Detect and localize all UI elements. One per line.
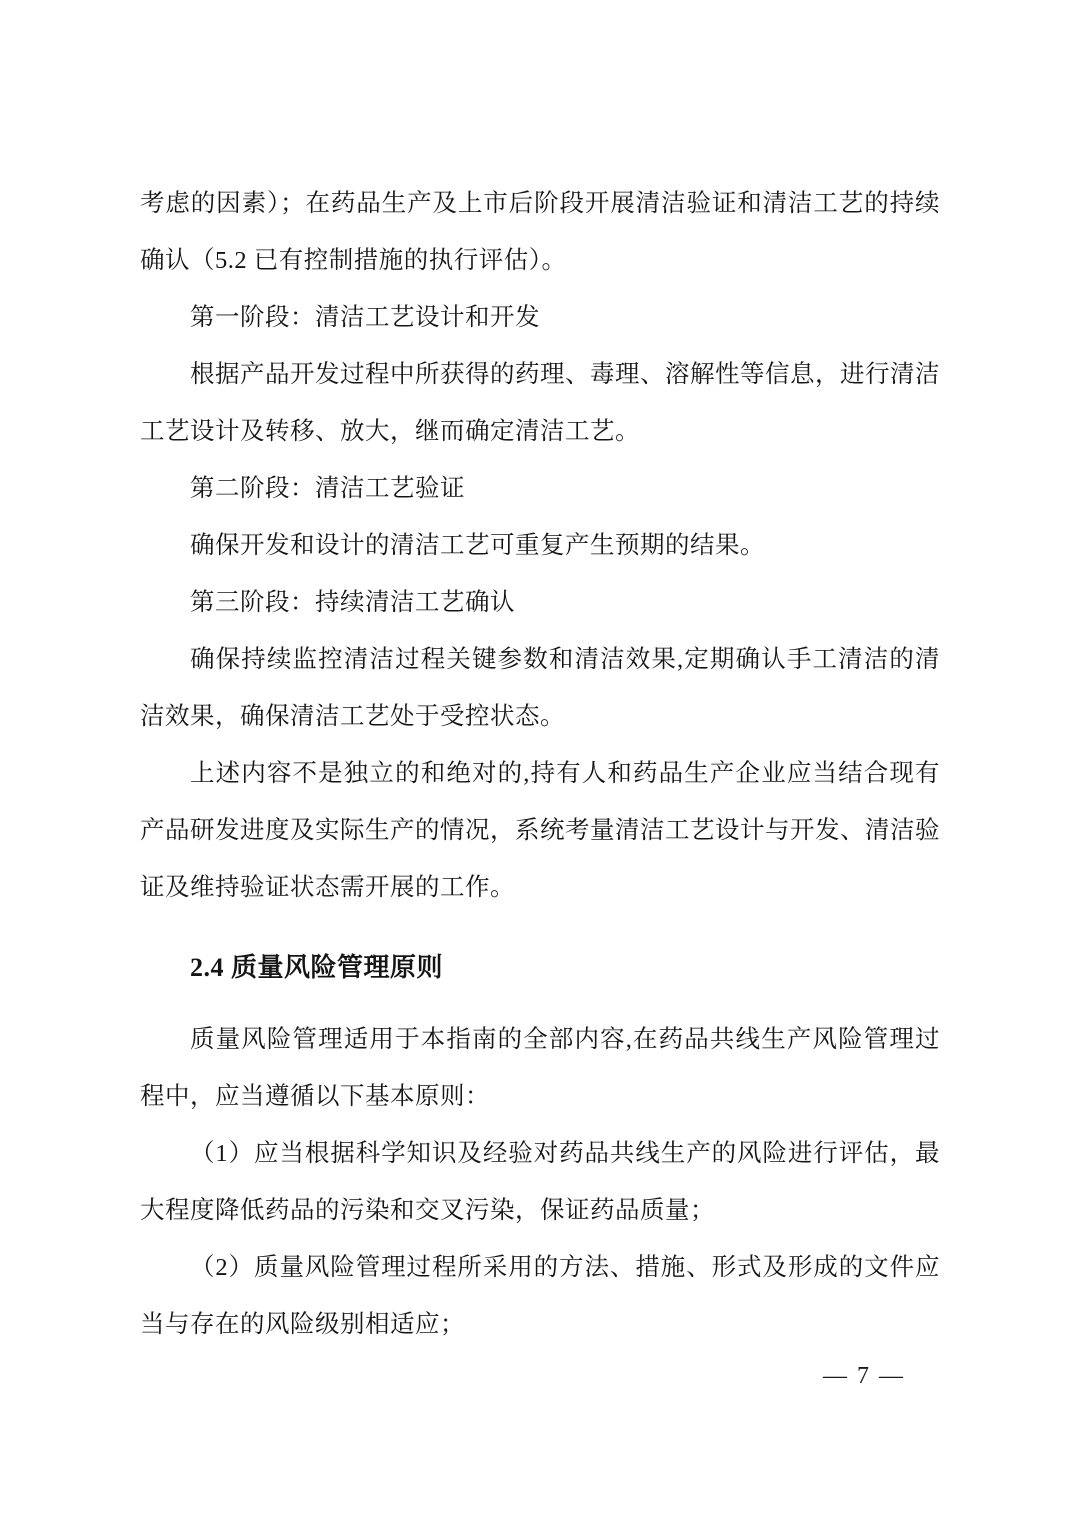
text-line: （2）质量风险管理过程所采用的方法、措施、形式及形成的文件应 (140, 1239, 940, 1296)
section-heading: 2.4 质量风险管理原则 (140, 939, 940, 996)
text-line: 第一阶段：清洁工艺设计和开发 (140, 289, 940, 346)
document-page: 考虑的因素）；在药品生产及上市后阶段开展清洁验证和清洁工艺的持续确认（5.2 已… (0, 0, 1080, 1526)
text-line: 质量风险管理适用于本指南的全部内容,在药品共线生产风险管理过 (140, 1011, 940, 1068)
text-line: 根据产品开发过程中所获得的药理、毒理、溶解性等信息，进行清洁 (140, 346, 940, 403)
text-line: 第三阶段：持续清洁工艺确认 (140, 574, 940, 631)
text-line: 当与存在的风险级别相适应； (140, 1296, 940, 1353)
text-line: 确保开发和设计的清洁工艺可重复产生预期的结果。 (140, 517, 940, 574)
text-line: 洁效果，确保清洁工艺处于受控状态。 (140, 688, 940, 745)
page-number: — 7 — (823, 1362, 905, 1390)
text-line: 证及维持验证状态需开展的工作。 (140, 859, 940, 916)
text-line: 大程度降低药品的污染和交叉污染，保证药品质量； (140, 1182, 940, 1239)
text-line: 工艺设计及转移、放大，继而确定清洁工艺。 (140, 403, 940, 460)
text-line: 确认（5.2 已有控制措施的执行评估）。 (140, 232, 940, 289)
text-line: 产品研发进度及实际生产的情况，系统考量清洁工艺设计与开发、清洁验 (140, 802, 940, 859)
text-line: （1）应当根据科学知识及经验对药品共线生产的风险进行评估，最 (140, 1125, 940, 1182)
text-line: 确保持续监控清洁过程关键参数和清洁效果,定期确认手工清洁的清 (140, 631, 940, 688)
text-line: 程中，应当遵循以下基本原则： (140, 1068, 940, 1125)
text-line: 上述内容不是独立的和绝对的,持有人和药品生产企业应当结合现有 (140, 745, 940, 802)
text-line: 考虑的因素）；在药品生产及上市后阶段开展清洁验证和清洁工艺的持续 (140, 175, 940, 232)
text-line: 第二阶段：清洁工艺验证 (140, 460, 940, 517)
document-body: 考虑的因素）；在药品生产及上市后阶段开展清洁验证和清洁工艺的持续确认（5.2 已… (140, 175, 940, 1353)
